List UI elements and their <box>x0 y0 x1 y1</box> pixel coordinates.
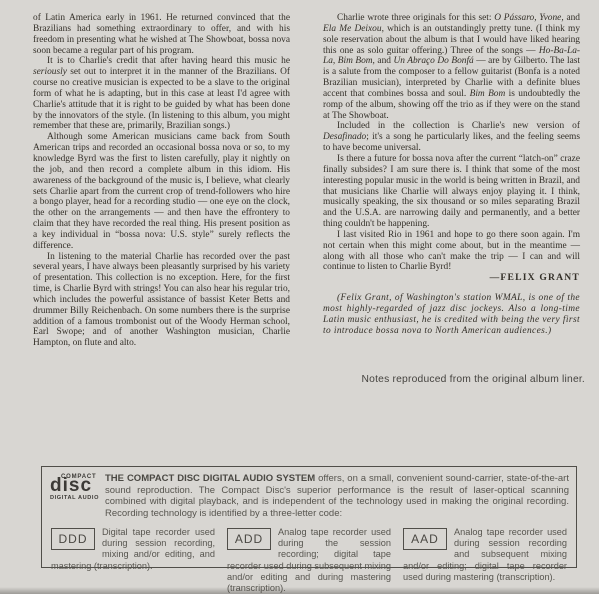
code-box-aad: AAD <box>403 528 447 550</box>
felix-grant-bio: (Felix Grant, of Washington's station WM… <box>323 293 580 336</box>
cd-system-intro-lead: THE COMPACT DISC DIGITAL AUDIO SYSTEM <box>105 473 315 484</box>
paragraph: Is there a future for bossa nova after t… <box>323 154 580 230</box>
felix-grant-signature: —FELIX GRANT <box>323 273 580 284</box>
code-label-add: ADD <box>235 532 263 546</box>
liner-notes-section: of Latin America early in 1961. He retur… <box>33 13 580 349</box>
recording-code-ddd: DDDDigital tape recorder used during ses… <box>51 527 215 594</box>
paragraph: I last visited Rio in 1961 and hope to g… <box>323 230 580 273</box>
scan-edge-shadow <box>0 587 599 594</box>
paragraph: Included in the collection is Charlie's … <box>323 121 580 154</box>
paragraph: Although some American musicians came ba… <box>33 132 290 251</box>
paragraph: It is to Charlie's credit that after hav… <box>33 56 290 132</box>
cd-info-box: COMPACT disc DIGITAL AUDIO THE COMPACT D… <box>41 466 577 568</box>
paragraph: Charlie wrote three originals for this s… <box>323 13 580 121</box>
logo-digital-audio-text: DIGITAL AUDIO <box>50 496 97 502</box>
compact-disc-logo-icon: COMPACT disc DIGITAL AUDIO <box>50 474 97 501</box>
cd-system-intro: THE COMPACT DISC DIGITAL AUDIO SYSTEM of… <box>105 473 569 520</box>
cd-info-header: COMPACT disc DIGITAL AUDIO THE COMPACT D… <box>49 473 569 520</box>
paragraph: of Latin America early in 1961. He retur… <box>33 13 290 56</box>
recording-code-aad: AADAnalog tape recorder used during sess… <box>403 527 567 594</box>
code-box-ddd: DDD <box>51 528 95 550</box>
recording-code-section: DDDDigital tape recorder used during ses… <box>49 527 569 594</box>
recording-code-add: ADDAnalog tape recorder used during the … <box>227 527 391 594</box>
left-text-column: of Latin America early in 1961. He retur… <box>33 13 290 349</box>
album-liner-credit: Notes reproduced from the original album… <box>362 374 585 385</box>
right-text-column: Charlie wrote three originals for this s… <box>323 13 580 349</box>
logo-disc-text: disc <box>50 479 97 494</box>
code-label-aad: AAD <box>411 532 439 546</box>
paragraph: In listening to the material Charlie has… <box>33 252 290 350</box>
code-label-ddd: DDD <box>59 532 88 546</box>
album-liner-page: of Latin America early in 1961. He retur… <box>0 0 599 594</box>
code-box-add: ADD <box>227 528 271 550</box>
